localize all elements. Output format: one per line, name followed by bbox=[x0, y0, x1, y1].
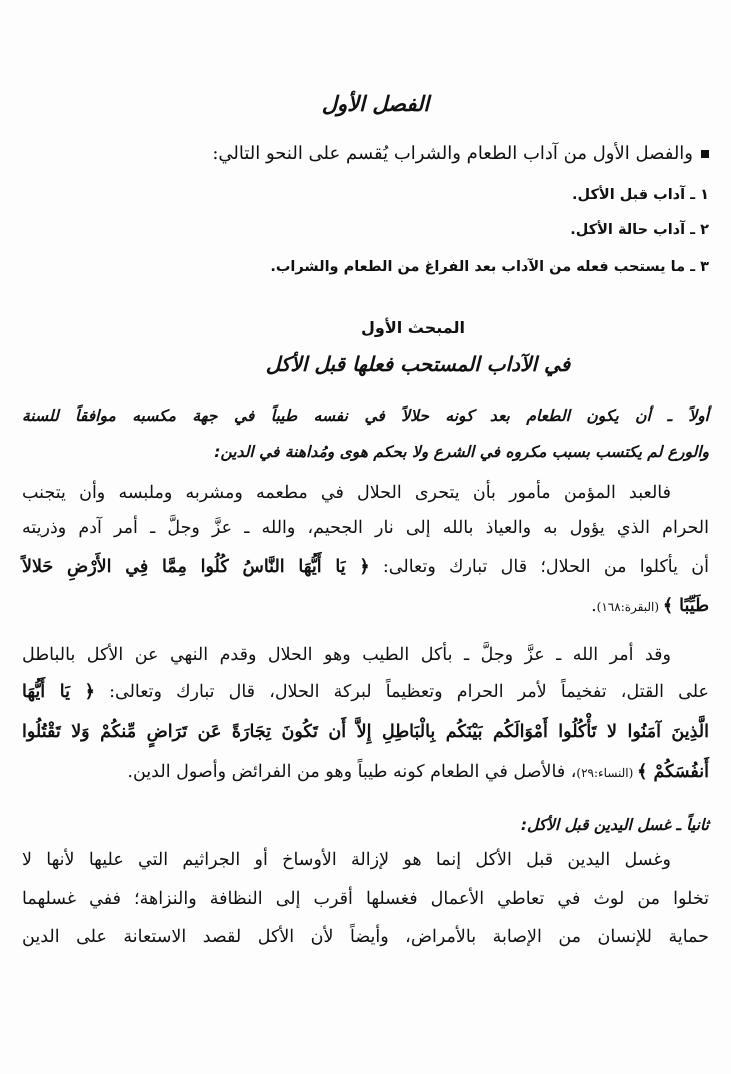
point-heading-line: والورع لم يكتسب بسبب مكروه في الشرع ولا … bbox=[22, 443, 709, 461]
paragraph-line: أَنفُسَكُمْ ﴾ (النساء:٢٩)، فالأصل في الط… bbox=[22, 762, 709, 782]
list-item: ١ ـ آداب قبل الأكل. bbox=[572, 187, 709, 203]
book-page: الفصل الأول والفصل الأول من آداب الطعام … bbox=[0, 0, 731, 1074]
verse-reference: (البقرة:١٦٨) bbox=[597, 600, 663, 614]
paragraph-text: أن يأكلوا من الحلال؛ قال تبارك وتعالى: bbox=[370, 557, 709, 577]
list-item: ٢ ـ آداب حالة الأكل. bbox=[570, 222, 709, 238]
paragraph-line: على القتل، تفخيماً لأمر الحرام وتعظيماً … bbox=[22, 682, 709, 702]
point-heading: ثانياً ـ غسل اليدين قبل الأكل: bbox=[521, 816, 709, 834]
section-label: المبحث الأول bbox=[0, 318, 731, 337]
paragraph-line: أن يأكلوا من الحلال؛ قال تبارك وتعالى: ﴿… bbox=[22, 557, 709, 577]
paragraph-line: طَيِّبًا ﴾ (البقرة:١٦٨). bbox=[22, 596, 709, 616]
quran-verse-line: الَّذِينَ آمَنُوا لا تَأْكُلُوا أَمْوَال… bbox=[22, 722, 709, 742]
quran-verse: أَنفُسَكُمْ ﴾ bbox=[637, 762, 709, 782]
square-bullet-icon bbox=[701, 150, 709, 158]
paragraph-line: وغسل اليدين قبل الأكل إنما هو لإزالة الأ… bbox=[22, 850, 709, 870]
chapter-title: الفصل الأول bbox=[0, 92, 731, 116]
paragraph-text: ، فالأصل في الطعام كونه طيباً وهو من الف… bbox=[127, 762, 576, 782]
paragraph-line: تخلوا من لوث في تعاطي الأعمال فغسلها أقر… bbox=[22, 889, 709, 909]
paragraph-line: فالعبد المؤمن مأمور بأن يتحرى الحلال في … bbox=[22, 483, 709, 503]
paragraph-line: الحرام الذي يؤول به والعياذ بالله إلى نا… bbox=[22, 518, 709, 538]
quran-verse: ﴿ يَا أَيُّهَا النَّاسُ كُلُوا مِمَّا فِ… bbox=[22, 557, 370, 577]
quran-verse: ﴿ يَا أَيُّهَا bbox=[22, 682, 95, 702]
paragraph-text: على القتل، تفخيماً لأمر الحرام وتعظيماً … bbox=[95, 682, 709, 702]
section-title: في الآداب المستحب فعلها قبل الأكل bbox=[0, 352, 731, 376]
paragraph-line: حماية للإنسان من الإصابة بالأمراض، وأيضا… bbox=[22, 927, 709, 947]
paragraph-line: وقد أمر الله ـ عزَّ وجلَّ ـ بأكل الطيب و… bbox=[22, 645, 709, 665]
quran-verse: طَيِّبًا ﴾ bbox=[663, 596, 709, 616]
list-item: ٣ ـ ما يستحب فعله من الآداب بعد الفراغ م… bbox=[270, 259, 709, 275]
point-heading-line: أولاً ـ أن يكون الطعام بعد كونه حلالاً ف… bbox=[22, 407, 709, 425]
verse-reference: (النساء:٢٩) bbox=[576, 766, 637, 780]
chapter-intro: والفصل الأول من آداب الطعام والشراب يُقس… bbox=[212, 143, 709, 164]
chapter-intro-text: والفصل الأول من آداب الطعام والشراب يُقس… bbox=[212, 143, 693, 164]
